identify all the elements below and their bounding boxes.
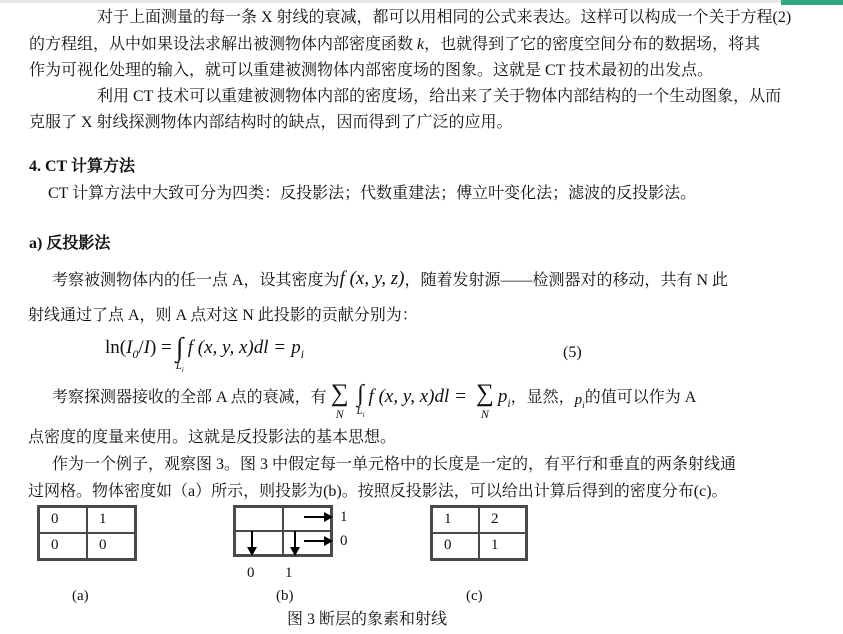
sigma-icon: ∑ — [476, 380, 494, 408]
top-divider — [0, 0, 781, 3]
density-function-math: f (x, y, z) — [340, 268, 405, 290]
subfigure-label-b: (b) — [276, 587, 294, 605]
table-c-cell: 2 — [479, 507, 526, 533]
figure-caption: 图 3 断层的象素和射线 — [287, 610, 447, 630]
table-a-cell: 0 — [87, 533, 135, 559]
back-projection-idea-line: 点密度的度量来使用。这就是反投影法的基本思想。 — [28, 428, 396, 448]
ray-arrow-right-bottom-icon — [304, 536, 333, 546]
paragraph-2-line-1: 利用 CT 技术可以重建被测物体内部的密度场，给出来了关于物体内部结构的一个生动… — [97, 87, 781, 107]
section-4-body: CT 计算方法中大致可分为四类：反投影法；代数重建法；傅立叶变化法；滤波的反投影… — [48, 184, 696, 204]
integrand: f (x, y, x)dl — [188, 337, 269, 359]
ray-arrow-down-right-icon — [290, 531, 300, 556]
sigma-subscript: N — [481, 408, 489, 420]
projection-subscript: i — [301, 348, 304, 361]
projection-value: pi — [291, 337, 304, 366]
arrow-head — [290, 547, 300, 556]
integrand: f (x, y, x)dl — [369, 386, 450, 408]
sum-over-n: ∑ N — [331, 380, 349, 420]
arrow-shaft — [304, 516, 324, 518]
example-paragraph-line-2: 过网格。物体密度如（a）所示，则投影为(b)。按照反投影法，可以给出计算后得到的… — [28, 482, 728, 502]
equation-number: (5) — [563, 343, 582, 363]
ray-arrow-right-top-icon — [304, 512, 333, 522]
integral-icon: ∫ — [357, 380, 364, 408]
equals-sign: = — [455, 386, 466, 408]
integral-path-subscript: Li — [357, 406, 365, 421]
arrow-shaft — [251, 531, 253, 547]
column-projection-value-right: 1 — [285, 564, 293, 582]
integral-with-path: ∫ Li — [176, 331, 184, 376]
density-table-a: 0 1 0 0 — [37, 505, 137, 561]
summation-post-text-2: 的值可以作为 A — [585, 388, 697, 408]
subsection-a-paragraph-line-1: 考察被测物体内的任一点 A，设其密度为 f (x, y, z) ，随着发射源——… — [52, 268, 728, 291]
text-after-density: ，随着发射源——检测器对的移动，共有 N 此 — [404, 271, 728, 291]
table-c-cell: 1 — [432, 507, 479, 533]
arrow-shaft — [294, 531, 296, 547]
sum-over-n-2: ∑ N — [476, 380, 494, 420]
subfigure-label-c: (c) — [466, 587, 483, 605]
equals-sign: = — [274, 337, 285, 359]
arrow-shaft — [304, 540, 324, 542]
column-projection-value-left: 0 — [247, 564, 255, 582]
subfigure-label-a: (a) — [72, 587, 89, 605]
arrow-head — [324, 512, 333, 522]
paragraph-1-line-3: 作为可视化处理的输入，就可以重建被测物体内部密度场的图象。这就是 CT 技术最初… — [29, 61, 713, 81]
table-a-cell: 0 — [39, 507, 87, 533]
integral-with-path-2: ∫ Li — [357, 380, 365, 421]
ray-arrow-down-left-icon — [247, 531, 257, 556]
integral-path-subscript: Li — [176, 361, 184, 376]
top-accent-bar — [781, 0, 843, 5]
row-projection-value-top: 1 — [340, 508, 348, 526]
summation-pre-text: 考察探测器接收的全部 A 点的衰减，有 — [52, 388, 327, 408]
ln-function: ln( — [105, 337, 126, 359]
paragraph-1-line-2-tail: ，也就得到了它的密度空间分布的数据场，将其 — [424, 36, 760, 53]
row-projection-value-bottom: 0 — [340, 532, 348, 550]
intensity-initial: I0 — [126, 337, 138, 366]
integral-icon: ∫ — [176, 331, 183, 363]
summation-paragraph: 考察探测器接收的全部 A 点的衰减，有 ∑ N ∫ Li f (x, y, x)… — [52, 380, 696, 421]
arrow-head — [247, 547, 257, 556]
summation-post-text-1: ，显然， — [511, 388, 575, 408]
close-paren-equals: ) = — [150, 337, 172, 359]
reconstructed-table-c: 1 2 0 1 — [430, 505, 528, 561]
sigma-subscript: N — [336, 408, 344, 420]
subsection-a-paragraph-line-2: 射线通过了点 A，则 A 点对这 N 此投影的贡献分别为： — [28, 306, 418, 326]
example-paragraph-line-1: 作为一个例子，观察图 3。图 3 中假定每一单元格中的长度是一定的，有平行和垂直… — [52, 455, 736, 475]
table-c-cell: 1 — [479, 533, 526, 559]
section-4-heading: 4. CT 计算方法 — [29, 157, 135, 177]
sigma-icon: ∑ — [331, 380, 349, 408]
paragraph-2-line-2: 克服了 X 射线探测物体内部结构时的缺点，因而得到了广泛的应用。 — [29, 113, 513, 133]
table-c-cell: 0 — [432, 533, 479, 559]
paragraph-1-line-2-text: 的方程组，从中如果设法求解出被测物体内部密度函数 — [29, 36, 417, 53]
projection-sum-value: pi — [498, 386, 511, 415]
grid-b-cell — [235, 531, 283, 555]
table-a-cell: 0 — [39, 533, 87, 559]
pi-variable: pi — [575, 389, 585, 417]
formula-5: ln( I0 / I ) = ∫ Li f (x, y, x)dl = pi — [105, 331, 304, 376]
grid-b-cell — [235, 507, 283, 531]
text-before-density: 考察被测物体内的任一点 A，设其密度为 — [52, 271, 340, 291]
paragraph-1-line-2: 的方程组，从中如果设法求解出被测物体内部密度函数 k，也就得到了它的密度空间分布… — [29, 35, 760, 55]
table-a-cell: 1 — [87, 507, 135, 533]
paragraph-1-line-1: 对于上面测量的每一条 X 射线的衰减，都可以用相同的公式来表达。这样可以构成一个… — [97, 8, 791, 28]
subsection-a-heading: a) 反投影法 — [29, 234, 110, 254]
arrow-head — [324, 536, 333, 546]
